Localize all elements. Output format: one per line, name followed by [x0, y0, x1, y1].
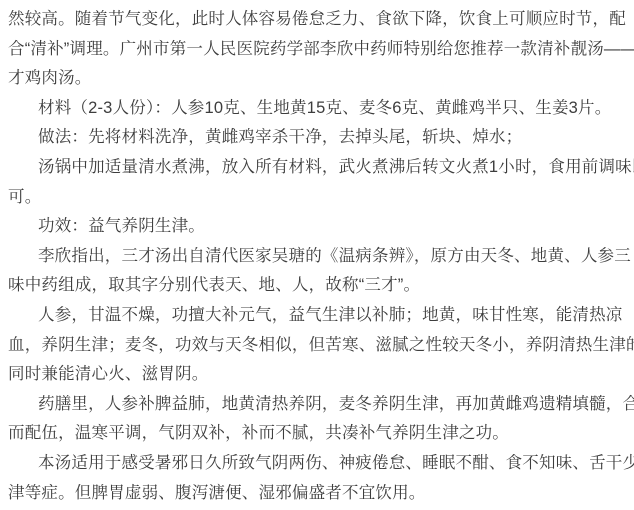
paragraph: 人参，甘温不燥，功擅大补元气，益气生津以补肺；地黄，味甘性寒，能清热凉血，养阴生…: [8, 301, 632, 390]
text-line: 味中药组成，取其字分别代表天、地、人，故称“三才”。: [8, 271, 632, 301]
text-line: 做法：先将材料洗净，黄雌鸡宰杀干净，去掉头尾，斩块、焯水；: [8, 123, 632, 153]
text-line: 材料（2-3人份）：人参10克、生地黄15克、麦冬6克、黄雌鸡半只、生姜3片。: [8, 94, 632, 124]
text-line: 人参，甘温不燥，功擅大补元气，益气生津以补肺；地黄，味甘性寒，能清热凉: [8, 301, 632, 331]
text-line: 药膳里，人参补脾益肺，地黄清热养阴，麦冬养阴生津，再加黄雌鸡遗精填髓，合: [8, 390, 632, 420]
text-line: 汤锅中加适量清水煮沸，放入所有材料，武火煮沸后转文火煮1小时，食用前调味即: [8, 153, 632, 183]
paragraph: 功效：益气养阴生津。: [8, 212, 632, 242]
text-line: 同时兼能清心火、滋胃阴。: [8, 360, 632, 390]
paragraph: 然较高。随着节气变化，此时人体容易倦怠乏力、食欲下降，饮食上可顺应时节，配合“清…: [8, 5, 632, 94]
text-line: 李欣指出，三才汤出自清代医家吴瑭的《温病条辨》，原方由天冬、地黄、人参三: [8, 242, 632, 272]
text-line: 才鸡肉汤。: [8, 64, 632, 94]
paragraph: 本汤适用于感受暑邪日久所致气阴两伤、神疲倦怠、睡眠不酣、食不知味、舌干少津等症。…: [8, 449, 632, 508]
paragraph: 材料（2-3人份）：人参10克、生地黄15克、麦冬6克、黄雌鸡半只、生姜3片。: [8, 94, 632, 124]
paragraph: 做法：先将材料洗净，黄雌鸡宰杀干净，去掉头尾，斩块、焯水；: [8, 123, 632, 153]
text-line: 本汤适用于感受暑邪日久所致气阴两伤、神疲倦怠、睡眠不酣、食不知味、舌干少: [8, 449, 632, 479]
text-line: 可。: [8, 183, 632, 213]
paragraph: 药膳里，人参补脾益肺，地黄清热养阴，麦冬养阴生津，再加黄雌鸡遗精填髓，合而配伍，…: [8, 390, 632, 449]
text-line: 血，养阴生津；麦冬，功效与天冬相似，但苦寒、滋腻之性较天冬小，养阴清热生津的: [8, 331, 632, 361]
article-text: 然较高。随着节气变化，此时人体容易倦怠乏力、食欲下降，饮食上可顺应时节，配合“清…: [0, 0, 634, 510]
paragraph: 李欣指出，三才汤出自清代医家吴瑭的《温病条辨》，原方由天冬、地黄、人参三味中药组…: [8, 242, 632, 301]
text-line: 而配伍，温寒平调，气阴双补，补而不腻，共凑补气养阴生津之功。: [8, 419, 632, 449]
text-line: 合“清补”调理。广州市第一人民医院药学部李欣中药师特别给您推荐一款清补靓汤——三: [8, 35, 632, 65]
text-line: 津等症。但脾胃虚弱、腹泻溏便、湿邪偏盛者不宜饮用。: [8, 479, 632, 509]
text-line: 功效：益气养阴生津。: [8, 212, 632, 242]
paragraph: 汤锅中加适量清水煮沸，放入所有材料，武火煮沸后转文火煮1小时，食用前调味即可。: [8, 153, 632, 212]
text-line: 然较高。随着节气变化，此时人体容易倦怠乏力、食欲下降，饮食上可顺应时节，配: [8, 5, 632, 35]
